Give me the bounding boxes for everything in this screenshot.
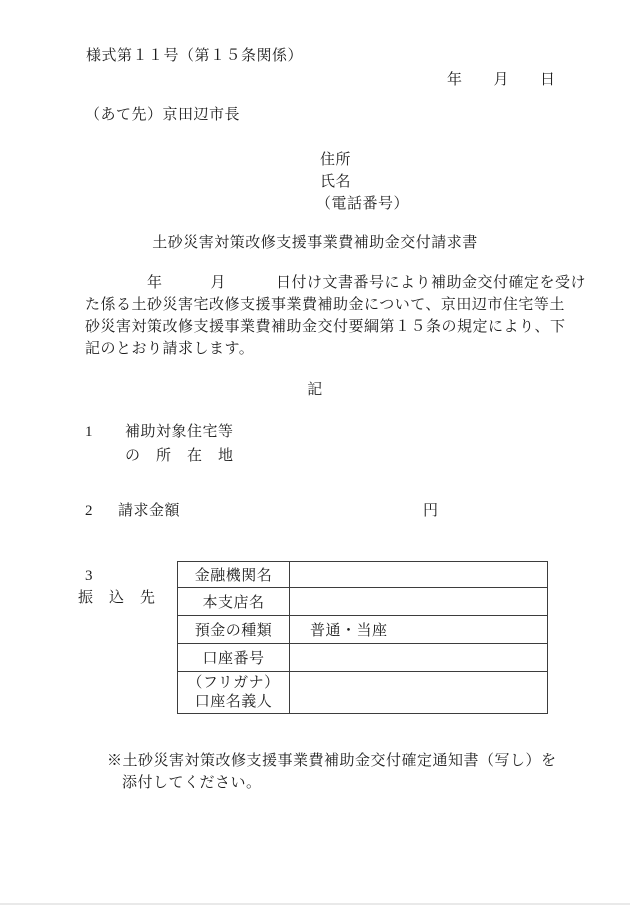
note-line-1: ※土砂災害対策改修支援事業費補助金交付確定通知書（写し）を	[107, 750, 557, 772]
account-number-value	[290, 644, 548, 672]
table-row-branch-name: 本支店名	[178, 588, 548, 616]
name-label: 氏名	[320, 171, 409, 193]
table-row-account-number: 口座番号	[178, 644, 548, 672]
date-line: 年 月 日	[447, 69, 556, 91]
item-3-label: 振 込 先	[78, 587, 156, 609]
deposit-type-value: 普通・当座	[290, 616, 548, 644]
furigana-label: （フリガナ）	[178, 674, 289, 693]
table-row-account-holder: （フリガナ） 口座名義人	[178, 672, 548, 714]
document-page: 様式第１１号（第１５条関係） 年 月 日 （あて先）京田辺市長 住所 氏名 （電…	[0, 0, 630, 905]
item-1-label-line1: 補助対象住宅等	[125, 420, 234, 444]
item-3-number: 3	[85, 565, 93, 587]
branch-name-label: 本支店名	[178, 588, 290, 616]
document-title: 土砂災害対策改修支援事業費補助金交付請求書	[0, 232, 630, 254]
item-2-request-amount: 2請求金額円	[85, 500, 180, 522]
address-label: 住所	[320, 149, 409, 171]
paragraph-line-1: 年月日付け文書番号により補助金交付確定を受け	[85, 272, 567, 294]
table-row-deposit-type: 預金の種類 普通・当座	[178, 616, 548, 644]
paragraph-line-3: 砂災害対策改修支援事業費補助金交付要綱第１５条の規定により、下	[85, 316, 567, 338]
branch-name-value	[290, 588, 548, 616]
bank-name-label: 金融機関名	[178, 562, 290, 588]
paragraph-line-4: 記のとおり請求します。	[85, 338, 567, 360]
account-holder-name-label: 口座名義人	[178, 693, 289, 712]
table-row-bank-name: 金融機関名	[178, 562, 548, 588]
blank-month-label: 月	[211, 275, 227, 291]
bank-name-value	[290, 562, 548, 588]
item-1-label-line2: の 所 在 地	[125, 444, 234, 468]
bank-transfer-table: 金融機関名 本支店名 預金の種類 普通・当座 口座番号 （フリガナ） 口座名義人	[177, 561, 548, 714]
ki-heading: 記	[0, 379, 630, 401]
item-2-label: 請求金額	[118, 503, 180, 519]
phone-label: （電話番号）	[316, 193, 409, 215]
account-holder-label: （フリガナ） 口座名義人	[178, 672, 290, 714]
blank-year-label: 年	[147, 275, 163, 291]
request-paragraph: 年月日付け文書番号により補助金交付確定を受け た係る土砂災害宅改修支援事業費補助…	[85, 272, 567, 360]
addressee: （あて先）京田辺市長	[85, 104, 240, 126]
account-number-label: 口座番号	[178, 644, 290, 672]
paragraph-line-2: た係る土砂災害宅改修支援事業費補助金について、京田辺市住宅等土	[85, 294, 567, 316]
account-holder-value	[290, 672, 548, 714]
item-1-number: 1	[85, 420, 93, 444]
note-line-2: 添付してください。	[107, 772, 557, 794]
item-1-target-residence: 1 補助対象住宅等 の 所 在 地	[85, 420, 234, 468]
paragraph-line-1-text: 日付け文書番号により補助金交付確定を受け	[276, 275, 586, 291]
item-2-number: 2	[85, 503, 93, 519]
applicant-block: 住所 氏名 （電話番号）	[320, 149, 409, 215]
yen-unit-label: 円	[423, 500, 439, 522]
attachment-note: ※土砂災害対策改修支援事業費補助金交付確定通知書（写し）を 添付してください。	[107, 750, 557, 794]
deposit-type-label: 預金の種類	[178, 616, 290, 644]
form-number: 様式第１１号（第１５条関係）	[86, 45, 303, 67]
